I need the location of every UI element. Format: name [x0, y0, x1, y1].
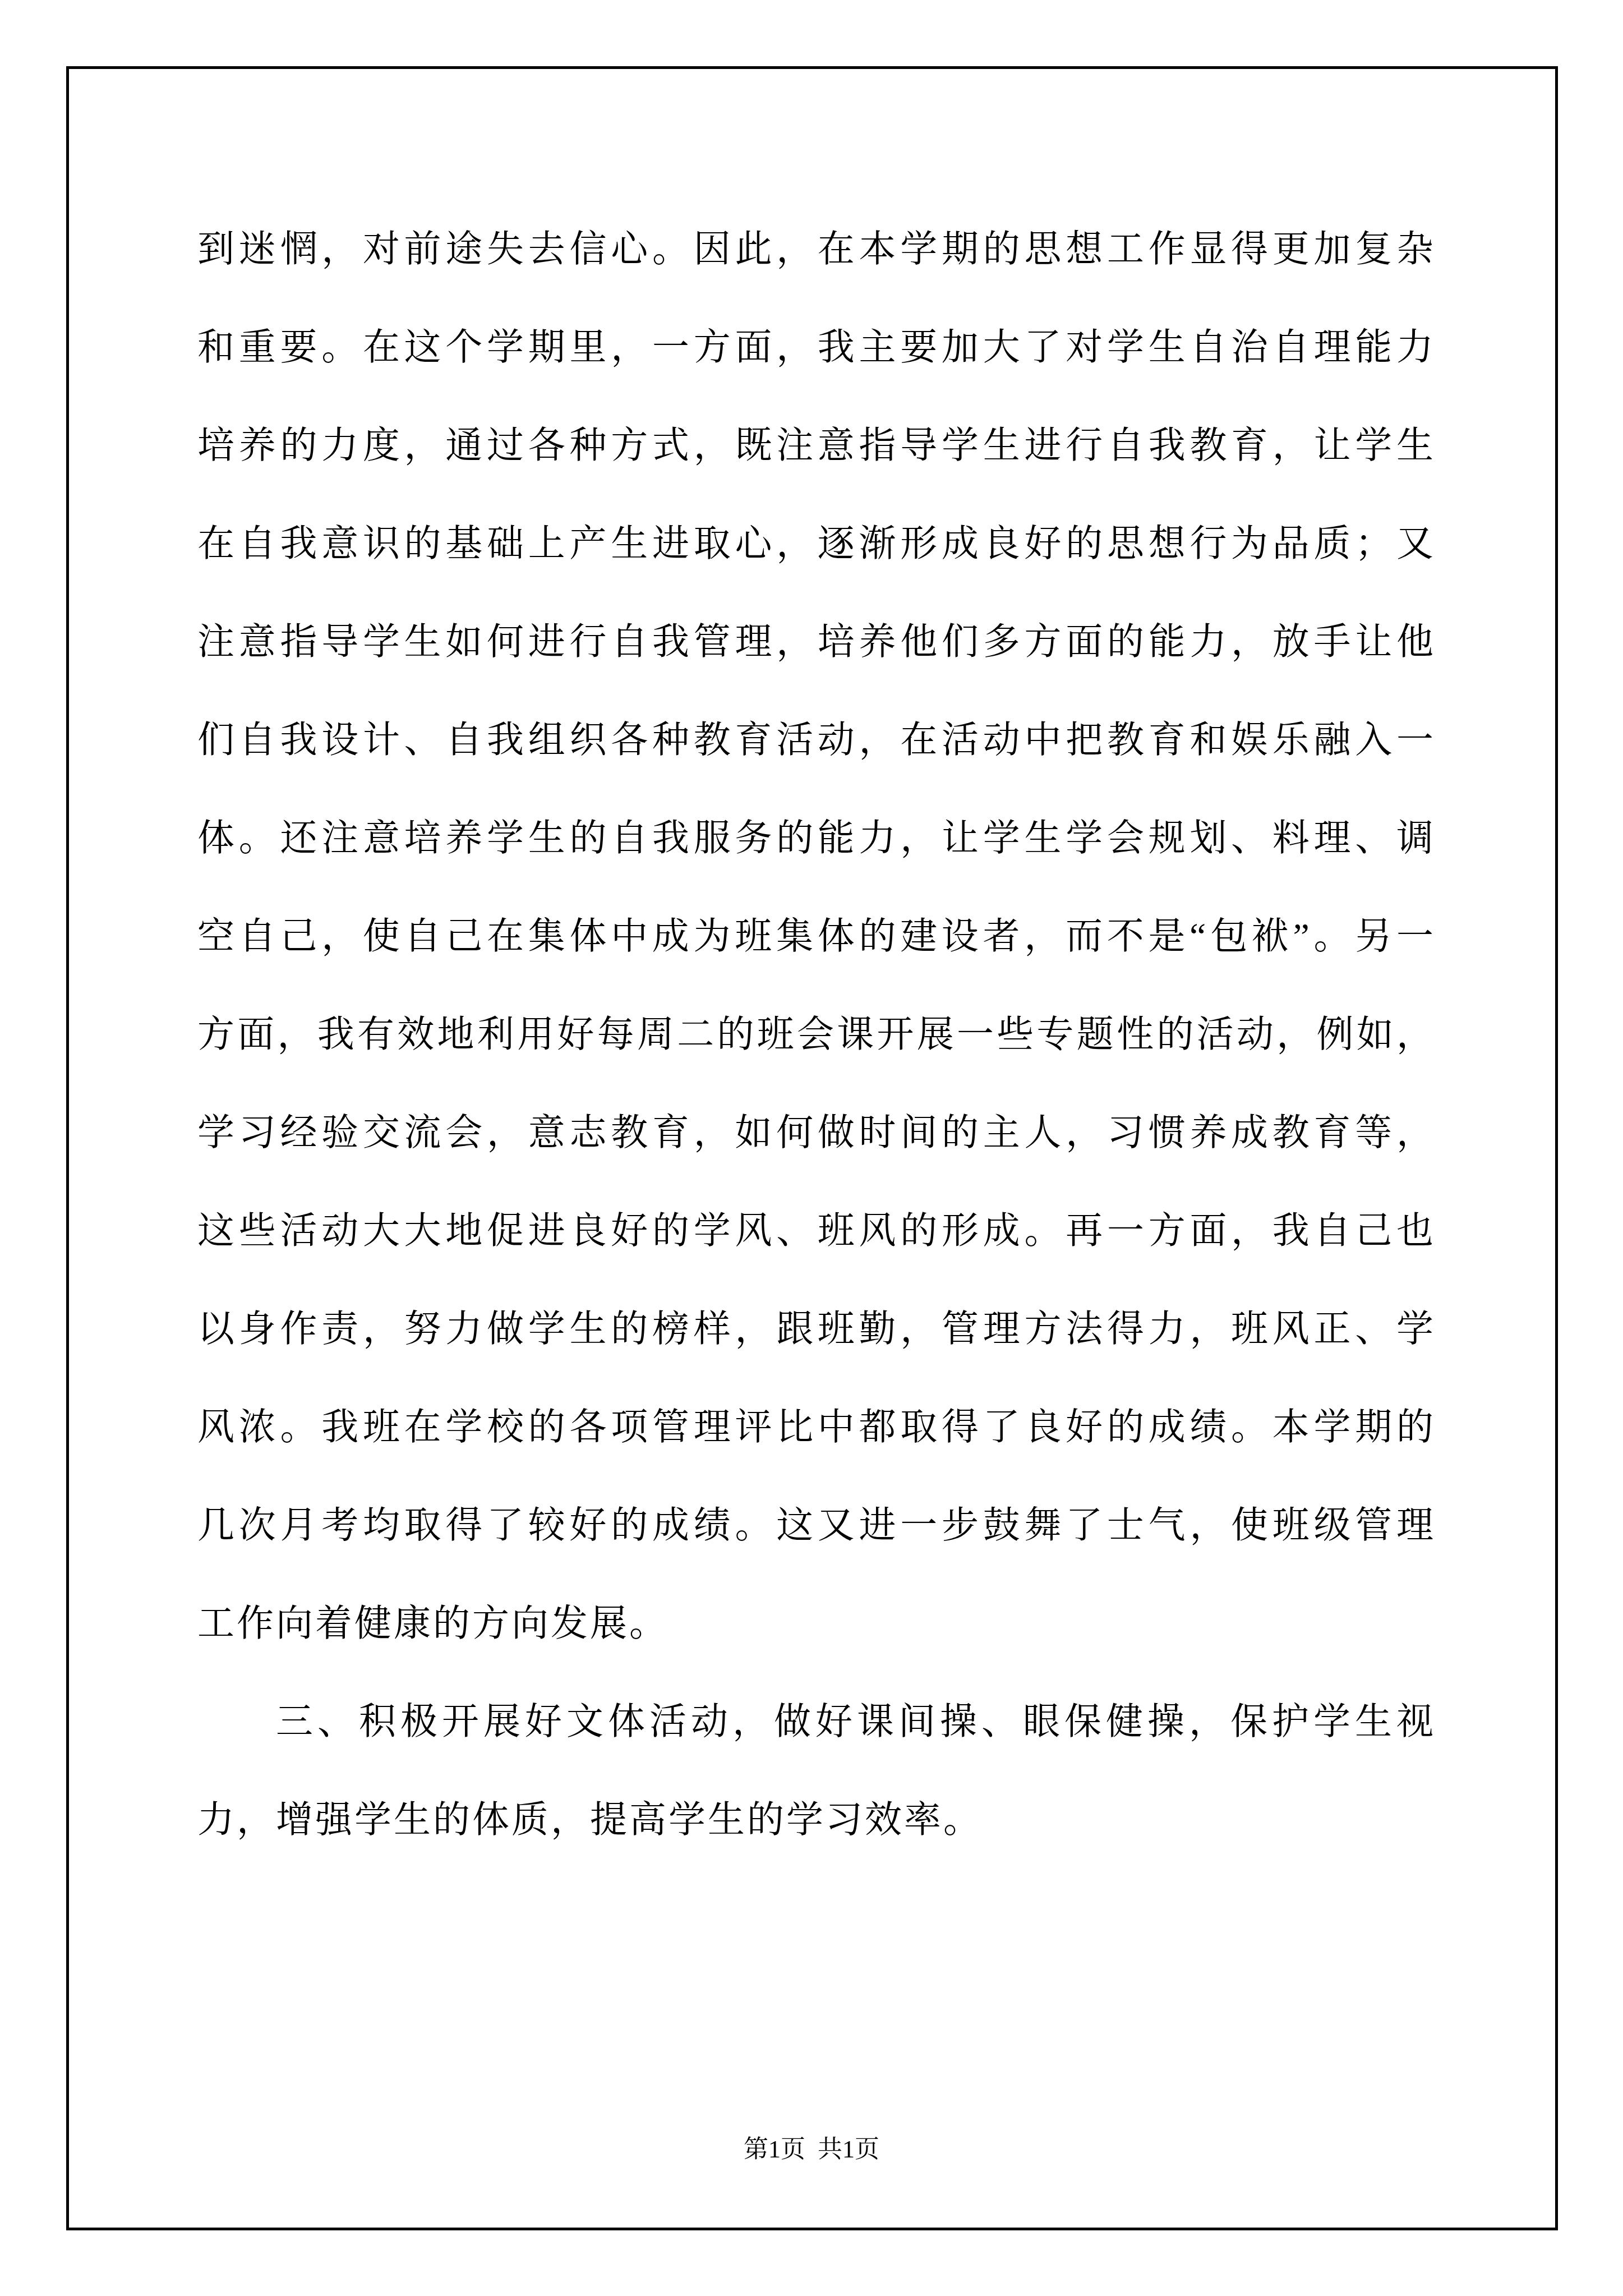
text-line: 风浓。我班在学校的各项管理评比中都取得了良好的成绩。本学期的 [197, 1378, 1436, 1476]
text-line: 三、积极开展好文体活动，做好课间操、眼保健操，保护学生视 [197, 1673, 1436, 1771]
text-line: 体。还注意培养学生的自我服务的能力，让学生学会规划、料理、调 [197, 789, 1436, 887]
text-line: 们自我设计、自我组织各种教育活动，在活动中把教育和娱乐融入一 [197, 691, 1436, 789]
text-line: 在自我意识的基础上产生进取心，逐渐形成良好的思想行为品质；又 [197, 495, 1436, 593]
text-line: 培养的力度，通过各种方式，既注意指导学生进行自我教育，让学生 [197, 397, 1436, 495]
text-line: 工作向着健康的方向发展。 [197, 1575, 1436, 1673]
text-line: 学习经验交流会，意志教育，如何做时间的主人，习惯养成教育等， [197, 1084, 1436, 1182]
text-line: 和重要。在这个学期里，一方面，我主要加大了对学生自治自理能力 [197, 298, 1436, 397]
document-lines: 到迷惘，对前途失去信心。因此，在本学期的思想工作显得更加复杂和重要。在这个学期里… [197, 200, 1436, 1869]
text-line: 到迷惘，对前途失去信心。因此，在本学期的思想工作显得更加复杂 [197, 200, 1436, 298]
text-line: 方面，我有效地利用好每周二的班会课开展一些专题性的活动，例如， [197, 986, 1436, 1084]
text-line: 几次月考均取得了较好的成绩。这又进一步鼓舞了士气，使班级管理 [197, 1476, 1436, 1575]
page-footer: 第1页 共1页 [0, 2134, 1623, 2165]
text-line: 这些活动大大地促进良好的学风、班风的形成。再一方面，我自己也 [197, 1182, 1436, 1280]
text-line: 以身作责，努力做学生的榜样，跟班勤，管理方法得力，班风正、学 [197, 1280, 1436, 1378]
text-line: 力，增强学生的体质，提高学生的学习效率。 [197, 1771, 1436, 1869]
text-line: 空自己，使自己在集体中成为班集体的建设者，而不是“包袱”。另一 [197, 887, 1436, 986]
document-page: { "page": { "background": "#ffffff", "bo… [0, 0, 1623, 2296]
text-line: 注意指导学生如何进行自我管理，培养他们多方面的能力，放手让他 [197, 593, 1436, 691]
